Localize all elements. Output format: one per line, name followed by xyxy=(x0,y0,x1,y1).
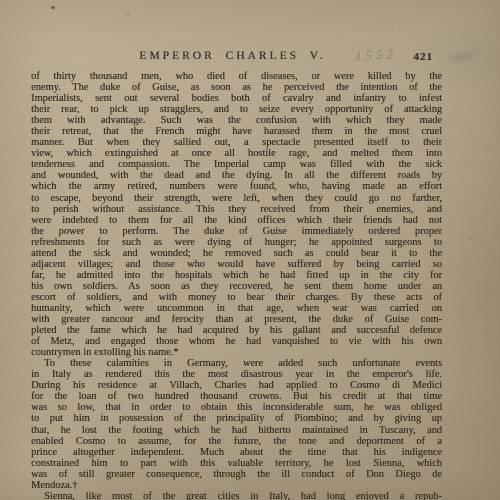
text-line: his own soldiers. As soon as they recove… xyxy=(31,281,442,292)
text-line: humanity, which were uncommon in that ag… xyxy=(31,303,442,314)
running-title: EMPEROR CHARLES V. xyxy=(139,50,325,62)
text-line: pleted the fame which he had acquired by… xyxy=(31,325,442,336)
page-header: EMPEROR CHARLES V. 1552. 421 xyxy=(30,50,442,66)
book-page: EMPEROR CHARLES V. 1552. 421 of thirty t… xyxy=(0,0,500,500)
ink-smudge xyxy=(443,49,478,67)
text-line: was so low, that in order to obtain this… xyxy=(31,402,442,413)
text-line: their retreat, that the French might hav… xyxy=(31,126,442,137)
text-line: tenderness and compassion. The Imperial … xyxy=(31,159,442,170)
paper-speck xyxy=(127,13,129,15)
text-line: Imperialists, sent out several bodies bo… xyxy=(31,93,442,104)
text-line: were indebted to them for all the kind o… xyxy=(31,215,442,226)
page-body-text: of thirty thousand men, who died of dise… xyxy=(31,71,442,500)
text-line: manner. But when they sallied out, a spe… xyxy=(31,137,442,148)
text-line: Sienna, like most of the great cities in… xyxy=(31,491,442,500)
text-line: of thirty thousand men, who died of dise… xyxy=(31,71,442,82)
text-line: which the army retired, numbers were fou… xyxy=(31,181,442,192)
text-line: escort of soldiers, and with money to be… xyxy=(31,292,442,303)
paper-speck xyxy=(470,238,473,240)
text-line: their rear, to pick up stragglers, and t… xyxy=(31,104,442,115)
text-line: adjacent villages; and those who would h… xyxy=(31,259,442,270)
text-line: enabled Cosmo to assume, for the future,… xyxy=(31,436,442,447)
text-line: in Italy as rendered this the most disas… xyxy=(31,369,442,380)
text-line: During his residence at Villach, Charles… xyxy=(31,380,442,391)
text-line: to perish without assistance. This they … xyxy=(31,204,442,215)
text-line: for the loan of two hundred thousand cro… xyxy=(31,391,442,402)
text-line: Mendoza.† xyxy=(31,480,442,491)
text-line: countrymen in extolling his name.* xyxy=(31,347,442,358)
text-line: constrained him to part with this valuab… xyxy=(31,458,442,469)
text-line: that, he lost the footing which he had h… xyxy=(31,425,442,436)
text-line: view, which extinguished at once all hos… xyxy=(31,148,442,159)
paper-speck xyxy=(51,6,55,9)
text-line: the power to perform. The duke of Guise … xyxy=(31,226,442,237)
text-line: enemy. The duke of Guise, as soon as he … xyxy=(31,82,442,93)
text-line: them with advantage. Such was the confus… xyxy=(31,115,442,126)
text-line: with greater rancour and ferocity than a… xyxy=(31,314,442,325)
text-line: attend the sick and wounded; he removed … xyxy=(31,248,442,259)
handwritten-year-annotation: 1552. xyxy=(354,46,404,65)
text-line: to put him in possession of the principa… xyxy=(31,413,442,424)
text-line: far, he admitted into the hospitals whic… xyxy=(31,270,442,281)
text-line: was of still greater consequence, throug… xyxy=(31,469,442,480)
text-line: and wounded, with the dead and the dying… xyxy=(31,170,442,181)
page-number: 421 xyxy=(414,51,434,63)
text-line: of Metz, and engaged those whom he had v… xyxy=(31,336,442,347)
text-line: prince altogether independent. Much abou… xyxy=(31,447,442,458)
text-line: to escape, beyond their strength, were l… xyxy=(31,193,442,204)
paper-speck xyxy=(391,24,393,26)
text-line: To these calamities in Germany, were add… xyxy=(31,358,442,369)
text-line: refreshments for such as were dying of h… xyxy=(31,237,442,248)
